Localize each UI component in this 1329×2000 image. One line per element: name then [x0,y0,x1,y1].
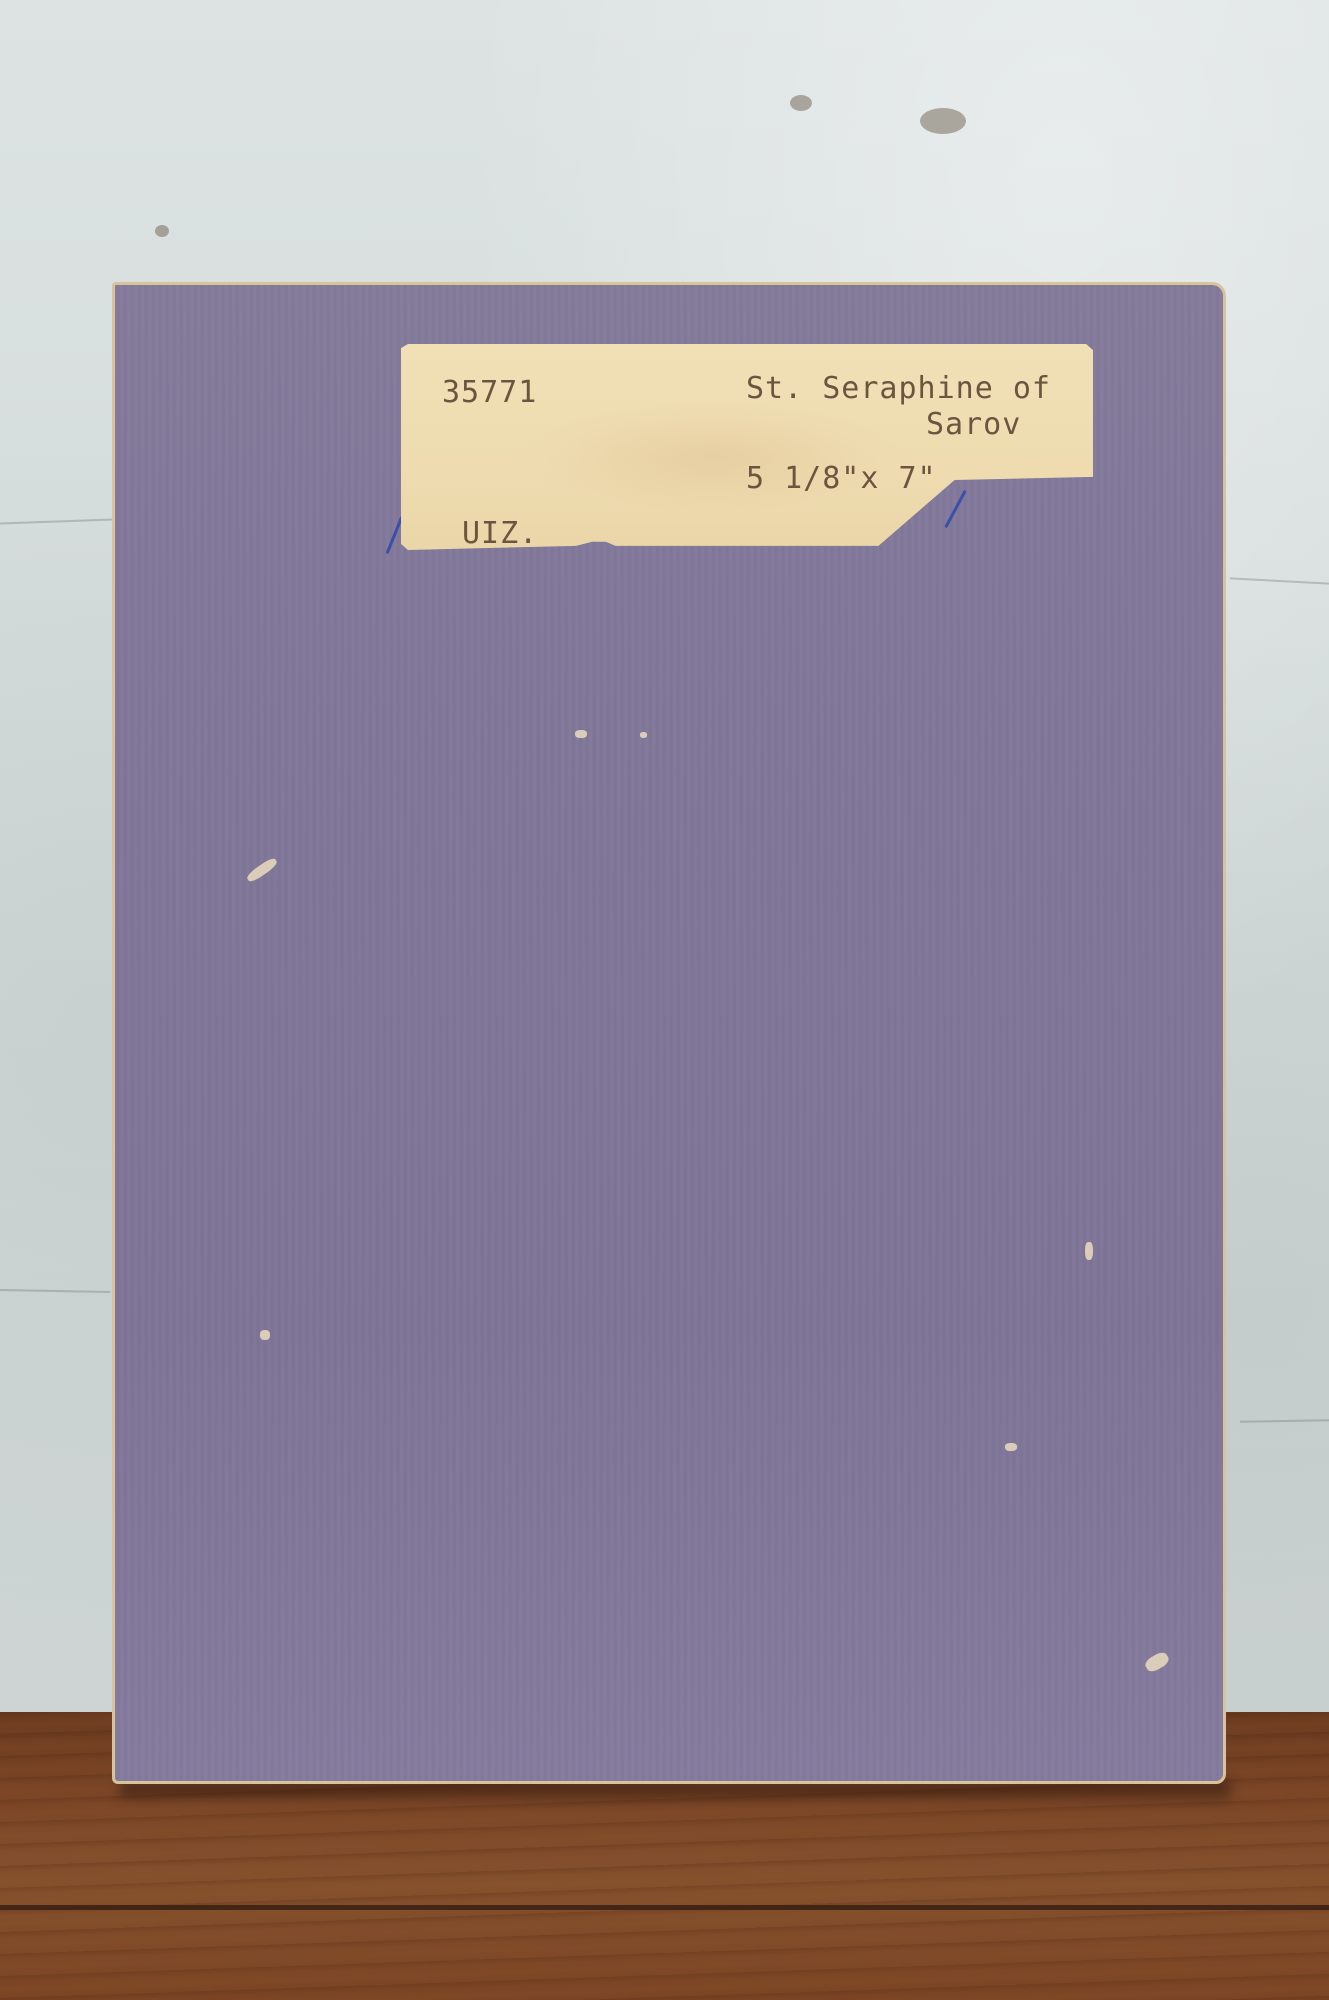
wall-chip [790,95,812,111]
label-item-number: 35771 [442,376,537,410]
table-groove [0,1905,1329,1910]
paint-chip [260,1330,270,1340]
wall-chip [155,225,169,237]
label-title-line2: Sarov [926,408,1021,442]
paint-chip [1143,1650,1171,1674]
label-dimensions: 5 1/8"x 7" [746,462,937,496]
wall-crack [0,1289,110,1293]
label-code: UIZ. [462,517,538,551]
paint-chip [640,732,647,738]
wall-crack [1240,1419,1329,1423]
wall-crack [1230,577,1329,584]
paint-chip [245,856,279,884]
paint-chip [575,730,587,738]
paint-chip [1085,1242,1093,1260]
paint-chip [1005,1443,1017,1451]
label-title-line1: St. Seraphine of [746,372,1051,406]
wall-chip [920,108,966,134]
